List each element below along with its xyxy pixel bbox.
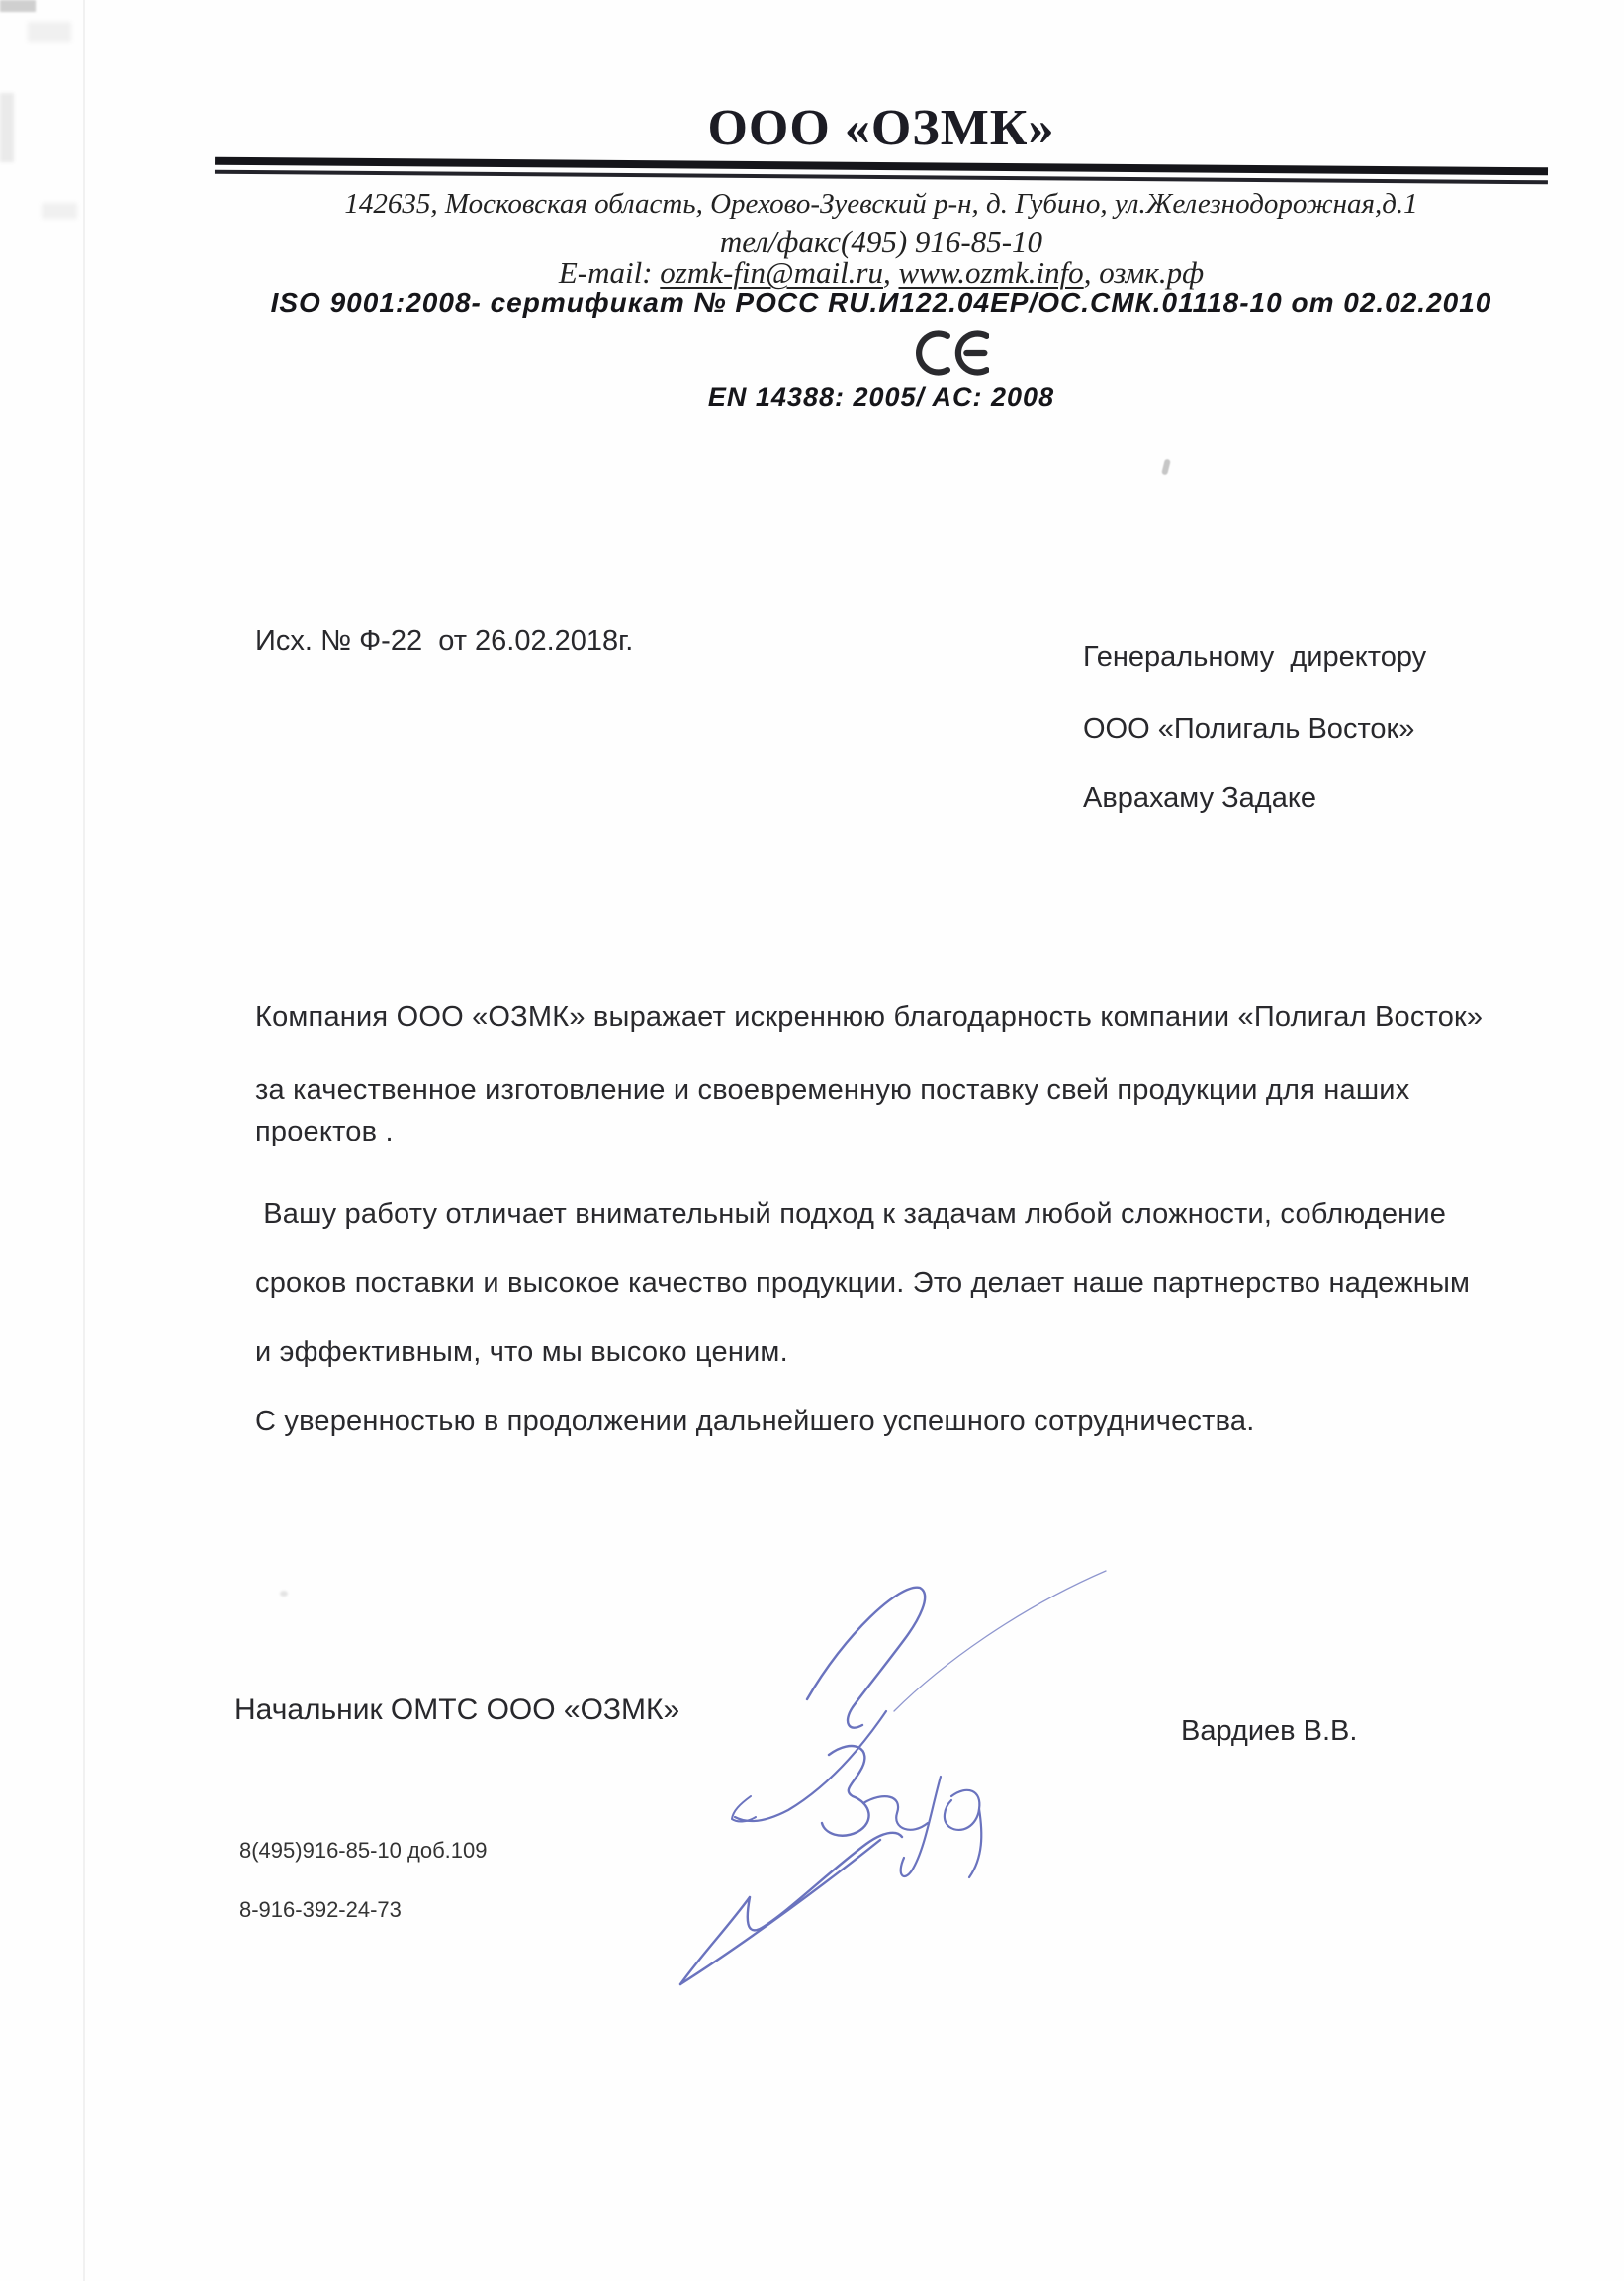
contact-phone-mobile: 8-916-392-24-73 <box>239 1897 402 1923</box>
letterhead-divider-rule <box>215 157 1548 185</box>
body-line: Вашу работу отличает внимательный подход… <box>255 1198 1446 1231</box>
company-address-line: 142635, Московская область, Орехово-Зуев… <box>215 188 1548 221</box>
scan-speck <box>1161 459 1171 476</box>
scan-smudge <box>28 22 71 42</box>
scan-smudge <box>0 93 14 162</box>
scan-smudge <box>42 203 77 219</box>
email-address: ozmk-fin@mail.ru <box>660 255 883 290</box>
separator: , <box>1084 255 1100 290</box>
outgoing-reference: Исх. № Ф-22 от 26.02.2018г. <box>255 625 633 658</box>
body-line: сроков поставки и высокое качество проду… <box>255 1267 1470 1300</box>
recipient-name: Аврахаму Задаке <box>1083 782 1316 815</box>
scanned-letter-page: ООО «ОЗМК» 142635, Московская область, О… <box>0 0 1624 2281</box>
body-line: С уверенностью в продолжении дальнейшего… <box>255 1406 1255 1438</box>
separator: , <box>883 255 899 290</box>
letterhead: ООО «ОЗМК» 142635, Московская область, О… <box>215 0 1548 435</box>
company-name: ООО «ОЗМК» <box>215 99 1548 157</box>
body-line: проектов . <box>255 1116 394 1148</box>
signatory-name: Вардиев В.В. <box>1181 1715 1357 1748</box>
iso-certificate-line: ISO 9001:2008- сертификат № РОСС RU.И122… <box>215 287 1548 319</box>
cyrillic-domain: озмк.рф <box>1099 255 1204 290</box>
recipient-company: ООО «Полигаль Восток» <box>1083 713 1414 746</box>
scan-fold-line <box>83 0 85 2281</box>
body-line: Компания ООО «ОЗМК» выражает искреннюю б… <box>255 1001 1483 1034</box>
recipient-position: Генеральному директору <box>1083 641 1426 674</box>
body-line: за качественное изготовление и своевреме… <box>255 1074 1409 1107</box>
handwritten-signature <box>554 1543 1108 1998</box>
contact-line: E-mail: ozmk-fin@mail.ru, www.ozmk.info,… <box>215 255 1548 291</box>
website-url: www.ozmk.info <box>899 255 1084 290</box>
body-line: и эффективным, что мы высоко ценим. <box>255 1336 788 1369</box>
ce-mark-wrap <box>215 327 1548 384</box>
scan-speck <box>280 1591 288 1597</box>
email-label: E-mail: <box>559 255 660 290</box>
contact-phone-primary: 8(495)916-85-10 доб.109 <box>239 1838 488 1864</box>
scan-smudge <box>0 0 36 12</box>
en-standard-line: EN 14388: 2005/ AC: 2008 <box>215 382 1548 412</box>
ce-mark-icon <box>912 327 989 379</box>
